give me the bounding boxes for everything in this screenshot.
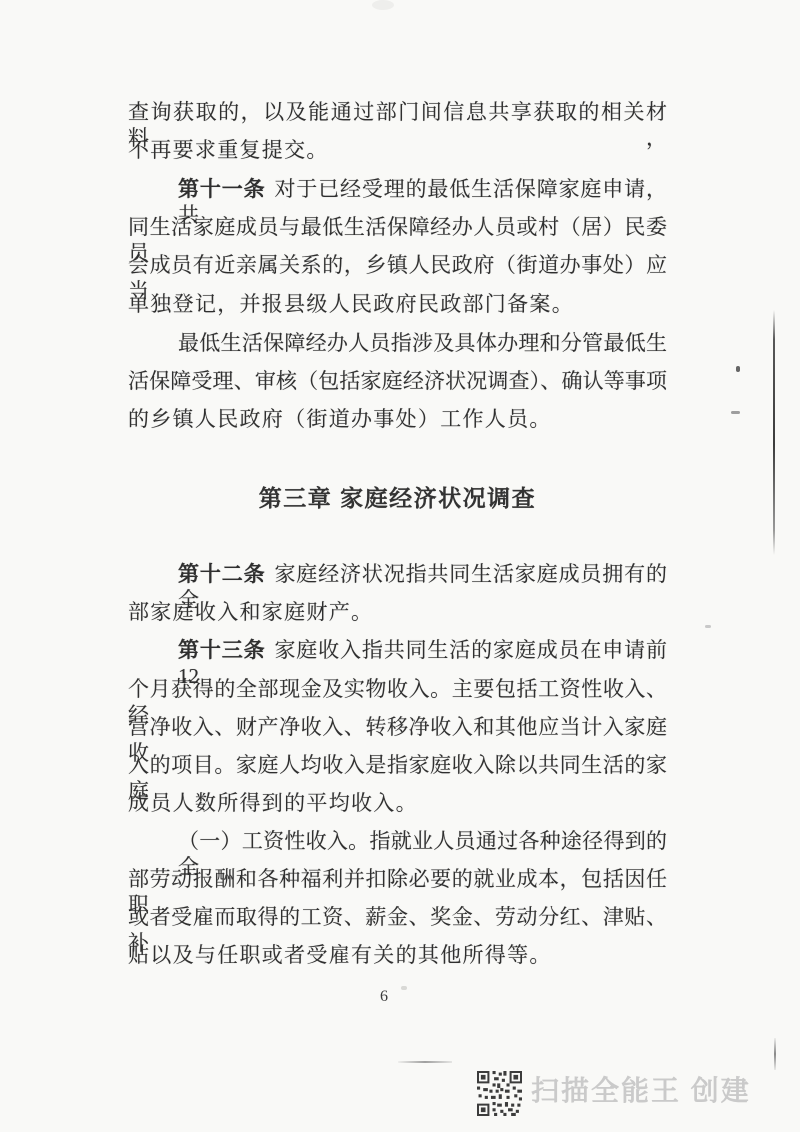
- page-number: 6: [380, 988, 388, 1006]
- scanned-document-page: 查询获取的，以及能通过部门间信息共享获取的相关材料， 不再要求重复提交。 第十一…: [0, 0, 800, 1132]
- scan-artifact-vertical-line: [774, 1038, 776, 1070]
- camscanner-watermark: 扫描全能王 创建: [531, 1071, 751, 1111]
- scan-artifact-speck: [705, 625, 711, 628]
- qr-code-icon: [477, 1071, 522, 1116]
- text-line: 单独登记，并报县级人民政府民政部门备案。: [128, 291, 667, 317]
- line-text: 单独登记，并报县级人民政府民政部门备案。: [128, 292, 574, 316]
- line-text: 部家庭收入和家庭财产。: [128, 600, 373, 624]
- scan-artifact-smudge: [372, 0, 394, 10]
- text-line: 的乡镇人民政府（街道办事处）工作人员。: [128, 406, 667, 432]
- line-text: 的乡镇人民政府（街道办事处）工作人员。: [128, 407, 552, 431]
- text-line: 不再要求重复提交。: [128, 137, 667, 163]
- article-label: 第十一条: [178, 177, 265, 201]
- line-text: 活保障受理、审核（包括家庭经济状况调查）、确认等事项: [128, 369, 667, 393]
- line-text: 成员人数所得到的平均收入。: [128, 791, 418, 815]
- article-label: 第十三条: [178, 638, 265, 662]
- text-line: 成员人数所得到的平均收入。: [128, 790, 667, 816]
- line-text: 贴以及与任职或者受雇有关的其他所得等。: [128, 943, 552, 967]
- line-text: 最低生活保障经办人员指涉及具体办理和分管最低生: [178, 331, 667, 355]
- text-line: 贴以及与任职或者受雇有关的其他所得等。: [128, 942, 667, 968]
- scan-artifact-speck: [731, 411, 740, 414]
- scan-artifact-speck: [401, 986, 407, 990]
- chapter-heading: 第三章 家庭经济状况调查: [128, 480, 667, 513]
- line-text: 不再要求重复提交。: [128, 138, 329, 162]
- text-line: 部家庭收入和家庭财产。: [128, 599, 667, 625]
- scan-artifact-speck: [736, 366, 740, 372]
- article-label: 第十二条: [178, 562, 265, 586]
- scan-artifact-horizontal-line: [398, 1061, 452, 1063]
- text-line: 活保障受理、审核（包括家庭经济状况调查）、确认等事项: [128, 368, 667, 394]
- text-line: 最低生活保障经办人员指涉及具体办理和分管最低生: [128, 330, 667, 356]
- scan-artifact-vertical-line: [773, 310, 775, 555]
